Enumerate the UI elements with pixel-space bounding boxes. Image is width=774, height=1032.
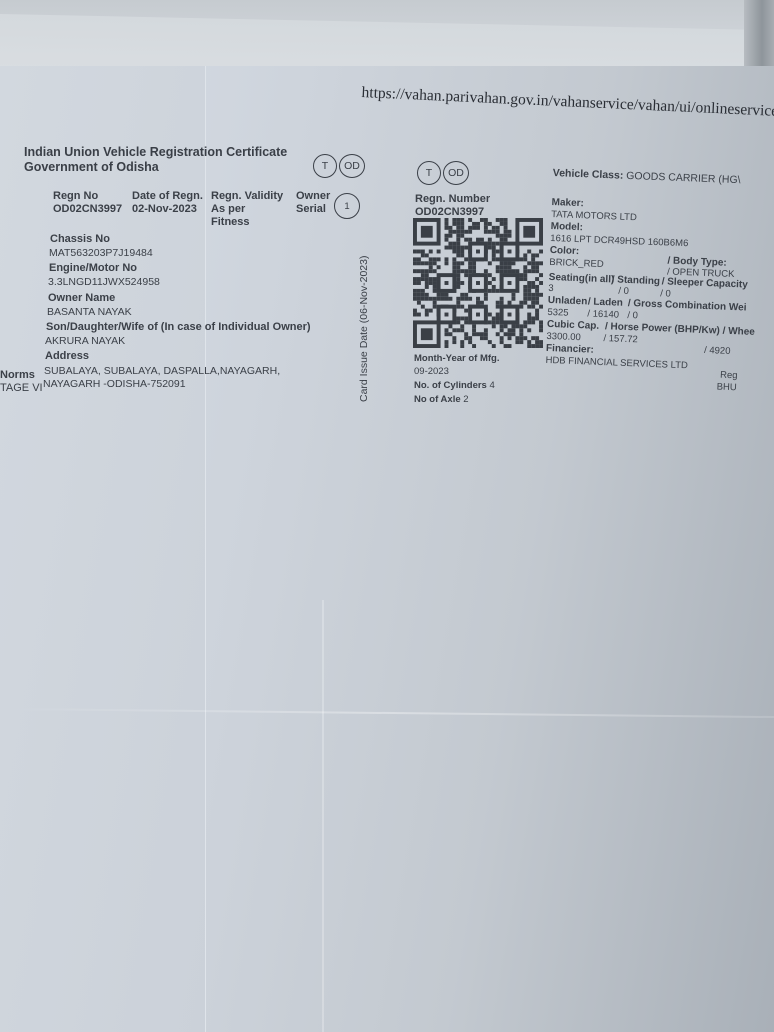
regn-number-value: OD02CN3997 [415,206,484,218]
cubic-cap-value: 3300.00 [546,331,581,343]
date-of-regn-label: Date of Regn. [132,190,203,202]
badge-state: OD [339,154,365,178]
certificate-title: Indian Union Vehicle Registration Certif… [24,145,287,175]
address-line2: NAYAGARH -ODISHA-752091 [43,378,186,390]
address-label: Address [45,350,89,362]
maker-label: Maker: [551,197,584,209]
reg-label: Reg [720,370,738,382]
owner-serial-label-line2: Serial [296,203,326,215]
sleeper-value: / 0 [660,288,671,299]
engine-value: 3.3LNGD11JWX524958 [48,276,160,288]
mfg-value: 09-2023 [414,366,449,377]
unladen-label: Unladen [548,295,588,308]
owner-name-label: Owner Name [48,292,115,304]
issuing-authority: Government of Odisha [24,160,287,175]
axle-value: 2 [463,394,468,405]
regn-validity-value-line1: As per [211,203,245,215]
regn-no-label: Regn No [53,190,98,202]
relation-label: Son/Daughter/Wife of (In case of Individ… [46,321,311,333]
relation-value: AKRURA NAYAK [45,335,125,347]
model-label: Model: [551,221,584,233]
card-issue-date: Card Issue Date (06-Nov-2023) [358,256,370,402]
regn-no-value: OD02CN3997 [53,203,122,215]
chassis-label: Chassis No [50,233,110,245]
badge-transport: T [313,154,337,178]
badge-transport-back: T [417,161,441,185]
engine-label: Engine/Motor No [49,262,137,274]
left-margin-text-line1: Norms [0,369,35,381]
cylinders-value: 4 [489,380,494,391]
color-label: Color: [550,245,580,257]
badge-state-back: OD [443,161,469,185]
wheelbase-value: / 4920 [704,345,731,357]
mfg-label: Month-Year of Mfg. [414,353,500,364]
financier-label: Financier: [546,343,594,356]
paper-crease-vertical [322,600,324,1032]
laden-value: / 16140 [587,308,619,320]
laden-label: / Laden [588,296,623,308]
axle-label-text: No of Axle [414,394,461,405]
owner-serial-label-line1: Owner [296,190,330,202]
gross-value: / 0 [627,310,638,321]
seating-value: 3 [548,283,554,294]
axle-label: No of Axle 2 [414,394,469,405]
regn-number-label: Regn. Number [415,193,490,205]
cylinders-label: No. of Cylinders 4 [414,380,495,391]
standing-value: / 0 [618,286,629,297]
date-of-regn-value: 02-Nov-2023 [132,203,197,215]
address-line1: SUBALAYA, SUBALAYA, DASPALLA,NAYAGARH, [44,365,280,377]
chassis-value: MAT563203P7J19484 [49,247,153,259]
left-margin-text-line2: TAGE VI [0,382,43,394]
cubic-cap-label: Cubic Cap. [547,319,600,332]
color-value: BRICK_RED [549,257,604,270]
owner-name-value: BASANTA NAYAK [47,306,132,318]
cylinders-label-text: No. of Cylinders [414,380,487,391]
regn-validity-label: Regn. Validity [211,190,283,202]
qr-code-icon [413,218,543,348]
reg-value: BHU [716,381,736,393]
horse-power-value: / 157.72 [603,333,638,345]
regn-validity-value-line2: Fitness [211,216,250,228]
unladen-value: 5325 [547,307,569,319]
owner-serial-value: 1 [334,193,360,219]
certificate-title-line1: Indian Union Vehicle Registration Certif… [24,145,287,160]
